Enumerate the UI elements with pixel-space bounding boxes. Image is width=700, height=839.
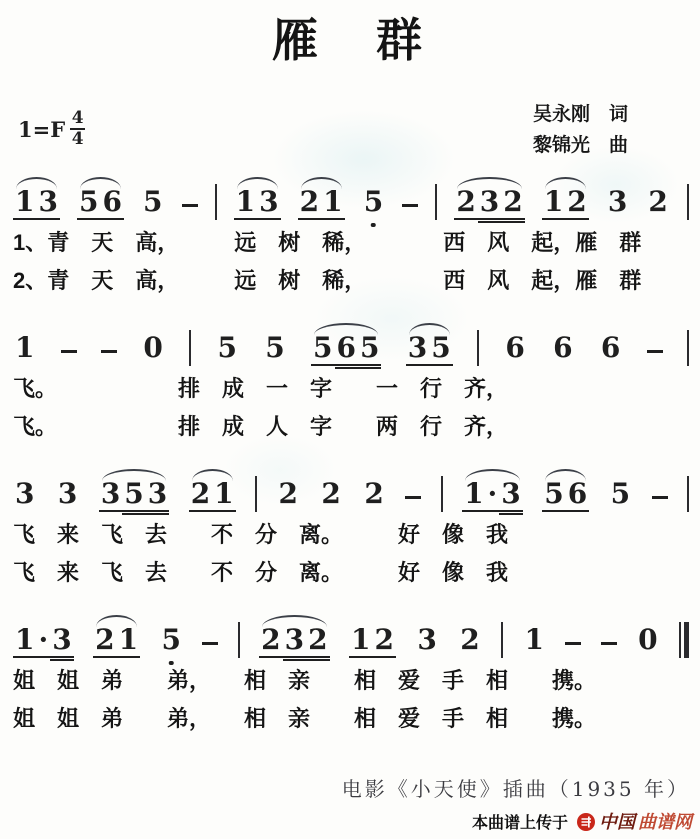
- uploader-line: 本曲谱上传于 中国 曲谱网: [472, 810, 692, 833]
- note: 5: [311, 334, 334, 366]
- note: 3: [146, 480, 169, 512]
- note: 5: [362, 188, 385, 220]
- barline: [687, 184, 689, 220]
- held-note-dash: [182, 204, 198, 207]
- note: 2: [646, 188, 669, 220]
- note-group: 1: [522, 626, 545, 658]
- note: 3: [257, 188, 280, 220]
- note-group: 5: [609, 480, 632, 512]
- barline: [238, 622, 240, 658]
- credits: 吴永刚 词 黎锦光 曲: [533, 99, 628, 161]
- note: 5: [215, 334, 238, 366]
- note-group: 5: [362, 188, 385, 220]
- barline: [477, 330, 479, 366]
- note-group: 0: [141, 334, 164, 366]
- note: 1: [212, 480, 235, 512]
- note-group: 5: [263, 334, 286, 366]
- music-line: 1·3215232123210: [13, 608, 689, 658]
- score-system: 1·3215232123210姐 姐 弟 弟， 相 亲 相 爱 手 相 携。姐 …: [13, 608, 689, 734]
- note: 2: [372, 626, 395, 658]
- barline: [189, 330, 191, 366]
- note-group: 5: [159, 626, 182, 658]
- note: 1: [349, 626, 372, 658]
- note-group: 13: [13, 188, 60, 220]
- held-note-dash: [652, 496, 668, 499]
- barline: [687, 476, 689, 512]
- note-group: 21: [298, 188, 345, 220]
- note: 5: [263, 334, 286, 366]
- site-name-secondary: 曲谱网: [638, 813, 692, 831]
- note-group: 1·3: [462, 480, 523, 512]
- score-system: 105556535666飞。 排 成 一 字 一 行 齐，飞。 排 成 人 字 …: [13, 316, 689, 442]
- note: 6: [503, 334, 526, 366]
- note-group: 56: [77, 188, 124, 220]
- note: 2: [259, 626, 282, 658]
- final-bar-thin: [679, 622, 681, 658]
- note: 0: [141, 334, 164, 366]
- note: 6: [335, 334, 358, 366]
- note: 1: [321, 188, 344, 220]
- composer-credit: 黎锦光 曲: [533, 130, 628, 161]
- score-system: 33353212221·3565飞 来 飞 去 不 分 离。 好 像 我飞 来 …: [13, 462, 689, 588]
- lyric-line: 飞 来 飞 去 不 分 离。 好 像 我: [13, 558, 689, 588]
- site-name-primary: 中国: [599, 813, 635, 831]
- note: 5: [609, 480, 632, 512]
- lyric-line: 2、青 天 高， 远 树 稀， 西 风 起，雁 群: [13, 266, 689, 296]
- note-group: 3: [606, 188, 629, 220]
- note: 1: [13, 626, 36, 658]
- note: 5: [159, 626, 182, 658]
- note-group: 232: [454, 188, 524, 220]
- note-group: 21: [189, 480, 236, 512]
- note: 2: [454, 188, 477, 220]
- note: 3: [606, 188, 629, 220]
- upload-prefix: 本曲谱上传于: [472, 810, 568, 833]
- lyric-line: 姐 姐 弟 弟， 相 亲 相 爱 手 相 携。: [13, 704, 689, 734]
- time-signature: 4 4: [70, 110, 85, 148]
- note: 6: [551, 334, 574, 366]
- note: ·: [486, 480, 500, 512]
- note-group: 12: [542, 188, 589, 220]
- held-note-dash: [405, 496, 421, 499]
- note: 1: [13, 188, 36, 220]
- note-group: 13: [234, 188, 281, 220]
- note-group: 2: [646, 188, 669, 220]
- note: 2: [306, 626, 329, 658]
- held-note-dash: [402, 204, 418, 207]
- note: 2: [319, 480, 342, 512]
- note: 3: [499, 480, 522, 512]
- note-group: 6: [503, 334, 526, 366]
- note: 2: [458, 626, 481, 658]
- final-bar-thick: [684, 622, 689, 658]
- held-note-dash: [565, 642, 581, 645]
- note-group: 3: [415, 626, 438, 658]
- held-note-dash: [101, 350, 117, 353]
- held-note-dash: [202, 642, 218, 645]
- barline: [255, 476, 257, 512]
- note-group: 12: [349, 626, 396, 658]
- note-group: 565: [311, 334, 381, 366]
- lyricist-credit: 吴永刚 词: [533, 99, 628, 130]
- lyric-line: 飞。 排 成 人 字 两 行 齐，: [13, 412, 689, 442]
- site-logo-icon: [576, 812, 596, 832]
- note: 5: [429, 334, 452, 366]
- note: 3: [406, 334, 429, 366]
- note: 1: [234, 188, 257, 220]
- note: 2: [93, 626, 116, 658]
- lyric-line: 姐 姐 弟 弟， 相 亲 相 爱 手 相 携。: [13, 666, 689, 696]
- meter-denominator: 4: [72, 131, 84, 148]
- note-group: 6: [599, 334, 622, 366]
- note: 5: [141, 188, 164, 220]
- note-group: 353: [99, 480, 169, 512]
- note-group: 2: [458, 626, 481, 658]
- held-note-dash: [647, 350, 663, 353]
- note-group: 35: [406, 334, 453, 366]
- barline: [441, 476, 443, 512]
- music-line: 33353212221·3565: [13, 462, 689, 512]
- song-title: 雁 群: [0, 4, 700, 70]
- note: 5: [358, 334, 381, 366]
- note: 3: [283, 626, 306, 658]
- note-group: 5: [141, 188, 164, 220]
- key-signature: 1=F 4 4: [18, 110, 85, 148]
- note-group: 0: [636, 626, 659, 658]
- score: 135651321523212321、青 天 高， 远 树 稀， 西 风 起，雁…: [13, 170, 689, 754]
- lyric-line: 飞。 排 成 一 字 一 行 齐，: [13, 374, 689, 404]
- note-group: 2: [277, 480, 300, 512]
- note: 1: [13, 334, 36, 366]
- note: 3: [50, 626, 73, 658]
- note: 2: [277, 480, 300, 512]
- note-group: 56: [542, 480, 589, 512]
- key-label: 1=F: [18, 117, 65, 142]
- sheet-music-page: { "title": "雁 群", "header": { "key": "1=…: [0, 0, 700, 839]
- note-group: 2: [319, 480, 342, 512]
- note: 3: [99, 480, 122, 512]
- note: 3: [415, 626, 438, 658]
- note-group: 232: [259, 626, 329, 658]
- note: 6: [599, 334, 622, 366]
- note: 6: [101, 188, 124, 220]
- note: 2: [565, 188, 588, 220]
- note-group: 1: [13, 334, 36, 366]
- note-group: 2: [362, 480, 385, 512]
- note-group: 3: [13, 480, 36, 512]
- note: 0: [636, 626, 659, 658]
- note: 5: [122, 480, 145, 512]
- note-group: 3: [56, 480, 79, 512]
- note: 1: [542, 188, 565, 220]
- note: 3: [36, 188, 59, 220]
- music-line: 13565132152321232: [13, 170, 689, 220]
- note: 2: [189, 480, 212, 512]
- note: 6: [566, 480, 589, 512]
- barline: [501, 622, 503, 658]
- held-note-dash: [601, 642, 617, 645]
- final-barline: [679, 622, 689, 658]
- site-logo: 中国 曲谱网: [576, 812, 692, 832]
- note-group: 5: [215, 334, 238, 366]
- note: 1: [462, 480, 485, 512]
- note: 1: [117, 626, 140, 658]
- score-system: 135651321523212321、青 天 高， 远 树 稀， 西 风 起，雁…: [13, 170, 689, 296]
- note: 3: [13, 480, 36, 512]
- note: 3: [56, 480, 79, 512]
- barline: [215, 184, 217, 220]
- note-group: 21: [93, 626, 140, 658]
- note: 2: [362, 480, 385, 512]
- note: 5: [77, 188, 100, 220]
- lyric-line: 1、青 天 高， 远 树 稀， 西 风 起，雁 群: [13, 228, 689, 258]
- note: 2: [501, 188, 524, 220]
- note: 1: [522, 626, 545, 658]
- lyric-line: 飞 来 飞 去 不 分 离。 好 像 我: [13, 520, 689, 550]
- note-group: 6: [551, 334, 574, 366]
- held-note-dash: [61, 350, 77, 353]
- note-group: 1·3: [13, 626, 74, 658]
- note: 5: [542, 480, 565, 512]
- music-line: 105556535666: [13, 316, 689, 366]
- note: ·: [36, 626, 50, 658]
- note: 3: [478, 188, 501, 220]
- barline: [435, 184, 437, 220]
- note: 2: [298, 188, 321, 220]
- source-note: 电影《小天使》插曲（1935 年）: [342, 773, 690, 802]
- meter-numerator: 4: [72, 110, 84, 127]
- barline: [687, 330, 689, 366]
